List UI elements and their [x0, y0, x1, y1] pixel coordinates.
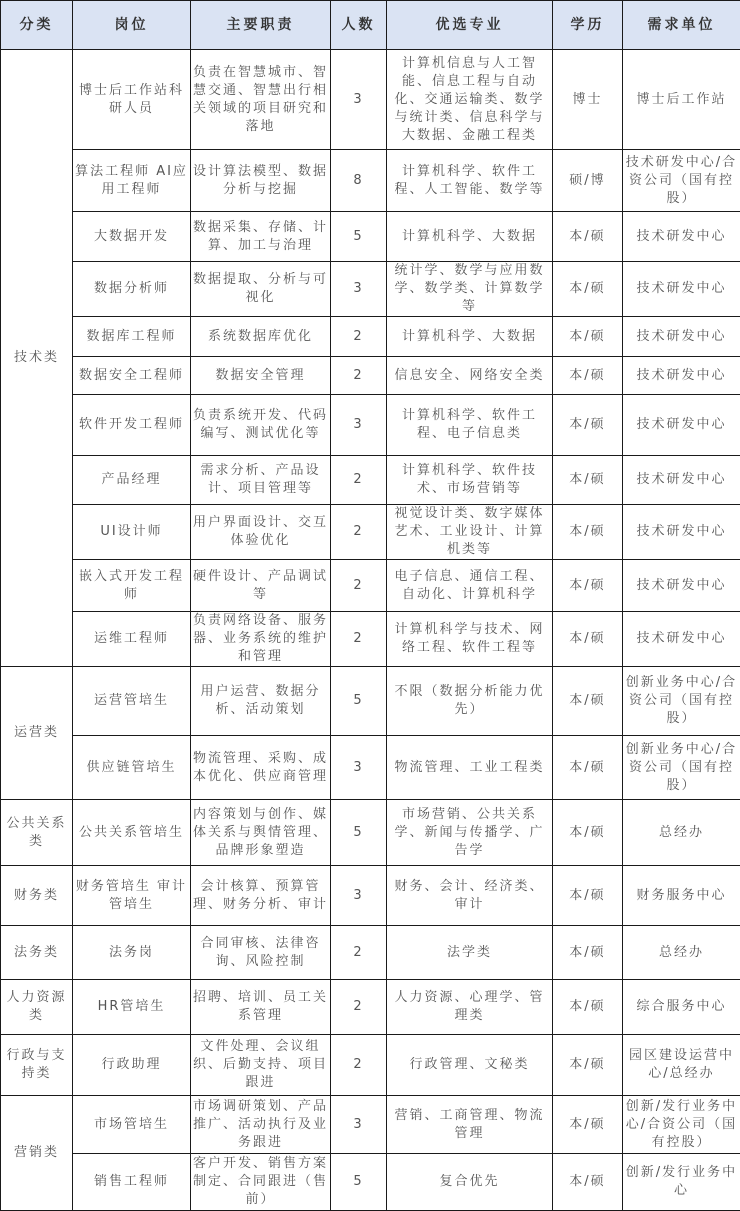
unit-cell: 技术研发中心 [623, 357, 740, 395]
table-row: 公共关系类 公共关系管培生 内容策划与创作、媒体关系与舆情管理、品牌形象塑造 5… [1, 800, 740, 866]
count-cell: 2 [331, 560, 387, 612]
position-cell: 行政助理 [73, 1035, 191, 1096]
majors-cell: 法学类 [387, 926, 553, 980]
count-cell: 5 [331, 800, 387, 866]
majors-cell: 人力资源、心理学、管理类 [387, 980, 553, 1035]
education-cell: 本/硕 [553, 505, 623, 560]
table-row: 数据库工程师 系统数据库优化 2 计算机科学、大数据 本/硕 技术研发中心 [1, 317, 740, 357]
duties-cell: 硬件设计、产品调试等 [191, 560, 331, 612]
majors-cell: 计算机科学、大数据 [387, 212, 553, 262]
unit-cell: 创新业务中心/合资公司（国有控股） [623, 736, 740, 800]
unit-cell: 创新业务中心/合资公司（国有控股） [623, 667, 740, 736]
count-cell: 2 [331, 357, 387, 395]
education-cell: 本/硕 [553, 800, 623, 866]
duties-cell: 文件处理、会议组织、后勤支持、项目跟进 [191, 1035, 331, 1096]
table-row: 法务类 法务岗 合同审核、法律咨询、风险控制 2 法学类 本/硕 总经办 [1, 926, 740, 980]
unit-cell: 园区建设运营中心/总经办 [623, 1035, 740, 1096]
unit-cell: 财务服务中心 [623, 866, 740, 926]
duties-cell: 用户界面设计、交互体验优化 [191, 505, 331, 560]
position-cell: 数据库工程师 [73, 317, 191, 357]
table-row: 营销类 市场管培生 市场调研策划、产品推广、活动执行及业务跟进 3 营销、工商管… [1, 1096, 740, 1154]
majors-cell: 计算机科学、大数据 [387, 317, 553, 357]
category-cell: 运营类 [1, 667, 73, 800]
education-cell: 本/硕 [553, 317, 623, 357]
education-cell: 本/硕 [553, 926, 623, 980]
education-cell: 本/硕 [553, 612, 623, 667]
unit-cell: 综合服务中心 [623, 980, 740, 1035]
count-cell: 2 [331, 980, 387, 1035]
count-cell: 5 [331, 667, 387, 736]
header-unit: 需求单位 [623, 1, 740, 50]
unit-cell: 博士后工作站 [623, 50, 740, 150]
table-row: 人力资源类 HR管培生 招聘、培训、员工关系管理 2 人力资源、心理学、管理类 … [1, 980, 740, 1035]
education-cell: 本/硕 [553, 1154, 623, 1211]
unit-cell: 总经办 [623, 800, 740, 866]
duties-cell: 合同审核、法律咨询、风险控制 [191, 926, 331, 980]
majors-cell: 信息安全、网络安全类 [387, 357, 553, 395]
position-cell: HR管培生 [73, 980, 191, 1035]
unit-cell: 技术研发中心 [623, 505, 740, 560]
count-cell: 3 [331, 395, 387, 456]
position-cell: 软件开发工程师 [73, 395, 191, 456]
duties-cell: 需求分析、产品设计、项目管理等 [191, 456, 331, 505]
count-cell: 2 [331, 317, 387, 357]
count-cell: 2 [331, 1035, 387, 1096]
majors-cell: 复合优先 [387, 1154, 553, 1211]
majors-cell: 计算机科学、软件技术、市场营销等 [387, 456, 553, 505]
duties-cell: 市场调研策划、产品推广、活动执行及业务跟进 [191, 1096, 331, 1154]
unit-cell: 技术研发中心 [623, 212, 740, 262]
count-cell: 3 [331, 50, 387, 150]
count-cell: 3 [331, 262, 387, 317]
table-row: 产品经理 需求分析、产品设计、项目管理等 2 计算机科学、软件技术、市场营销等 … [1, 456, 740, 505]
duties-cell: 招聘、培训、员工关系管理 [191, 980, 331, 1035]
table-row: 运维工程师 负责网络设备、服务器、业务系统的维护和管理 2 计算机科学与技术、网… [1, 612, 740, 667]
table-row: 技术类 博士后工作站科研人员 负责在智慧城市、智慧交通、智慧出行相关领域的项目研… [1, 50, 740, 150]
education-cell: 本/硕 [553, 212, 623, 262]
position-cell: 公共关系管培生 [73, 800, 191, 866]
count-cell: 2 [331, 612, 387, 667]
duties-cell: 系统数据库优化 [191, 317, 331, 357]
table-row: 运营类 运营管培生 用户运营、数据分析、活动策划 5 不限（数据分析能力优先） … [1, 667, 740, 736]
majors-cell: 物流管理、工业工程类 [387, 736, 553, 800]
duties-cell: 数据采集、存储、计算、加工与治理 [191, 212, 331, 262]
unit-cell: 技术研发中心 [623, 560, 740, 612]
majors-cell: 计算机科学与技术、网络工程、软件工程等 [387, 612, 553, 667]
position-cell: 产品经理 [73, 456, 191, 505]
header-position: 岗位 [73, 1, 191, 50]
header-majors: 优选专业 [387, 1, 553, 50]
duties-cell: 会计核算、预算管理、财务分析、审计 [191, 866, 331, 926]
count-cell: 5 [331, 212, 387, 262]
majors-cell: 电子信息、通信工程、自动化、计算机科学 [387, 560, 553, 612]
duties-cell: 负责系统开发、代码编写、测试优化等 [191, 395, 331, 456]
category-cell: 行政与支持类 [1, 1035, 73, 1096]
education-cell: 本/硕 [553, 395, 623, 456]
position-cell: 嵌入式开发工程师 [73, 560, 191, 612]
position-cell: 数据安全工程师 [73, 357, 191, 395]
majors-cell: 计算机科学、软件工程、人工智能、数学等 [387, 150, 553, 212]
majors-cell: 不限（数据分析能力优先） [387, 667, 553, 736]
education-cell: 本/硕 [553, 1035, 623, 1096]
position-cell: 运营管培生 [73, 667, 191, 736]
unit-cell: 技术研发中心 [623, 612, 740, 667]
count-cell: 3 [331, 1096, 387, 1154]
position-cell: 运维工程师 [73, 612, 191, 667]
education-cell: 本/硕 [553, 866, 623, 926]
table-row: 软件开发工程师 负责系统开发、代码编写、测试优化等 3 计算机科学、软件工程、电… [1, 395, 740, 456]
majors-cell: 统计学、数学与应用数学、数学类、计算数学等 [387, 262, 553, 317]
education-cell: 本/硕 [553, 1096, 623, 1154]
category-cell: 财务类 [1, 866, 73, 926]
unit-cell: 技术研发中心 [623, 395, 740, 456]
recruitment-table: 分类 岗位 主要职责 人数 优选专业 学历 需求单位 技术类 博士后工作站科研人… [0, 0, 740, 1211]
table-header-row: 分类 岗位 主要职责 人数 优选专业 学历 需求单位 [1, 1, 740, 50]
table-row: 数据安全工程师 数据安全管理 2 信息安全、网络安全类 本/硕 技术研发中心 [1, 357, 740, 395]
duties-cell: 用户运营、数据分析、活动策划 [191, 667, 331, 736]
header-education: 学历 [553, 1, 623, 50]
header-count: 人数 [331, 1, 387, 50]
majors-cell: 营销、工商管理、物流管理 [387, 1096, 553, 1154]
position-cell: 财务管培生 审计管培生 [73, 866, 191, 926]
header-duties: 主要职责 [191, 1, 331, 50]
header-category: 分类 [1, 1, 73, 50]
position-cell: 博士后工作站科研人员 [73, 50, 191, 150]
education-cell: 博士 [553, 50, 623, 150]
position-cell: 市场管培生 [73, 1096, 191, 1154]
table-row: 财务类 财务管培生 审计管培生 会计核算、预算管理、财务分析、审计 3 财务、会… [1, 866, 740, 926]
count-cell: 2 [331, 505, 387, 560]
duties-cell: 物流管理、采购、成本优化、供应商管理 [191, 736, 331, 800]
position-cell: UI设计师 [73, 505, 191, 560]
count-cell: 3 [331, 866, 387, 926]
education-cell: 本/硕 [553, 667, 623, 736]
unit-cell: 创新/发行业务中心/合资公司（国有控股） [623, 1096, 740, 1154]
table-row: 行政与支持类 行政助理 文件处理、会议组织、后勤支持、项目跟进 2 行政管理、文… [1, 1035, 740, 1096]
majors-cell: 计算机科学、软件工程、电子信息类 [387, 395, 553, 456]
position-cell: 大数据开发 [73, 212, 191, 262]
unit-cell: 技术研发中心/合资公司（国有控股） [623, 150, 740, 212]
duties-cell: 内容策划与创作、媒体关系与舆情管理、品牌形象塑造 [191, 800, 331, 866]
table-row: 算法工程师 AI应用工程师 设计算法模型、数据分析与挖掘 8 计算机科学、软件工… [1, 150, 740, 212]
category-cell: 人力资源类 [1, 980, 73, 1035]
category-cell: 公共关系类 [1, 800, 73, 866]
majors-cell: 计算机信息与人工智能、信息工程与自动化、交通运输类、数学与统计类、信息科学与大数… [387, 50, 553, 150]
table-row: 销售工程师 客户开发、销售方案制定、合同跟进（售前） 5 复合优先 本/硕 创新… [1, 1154, 740, 1211]
duties-cell: 数据安全管理 [191, 357, 331, 395]
position-cell: 销售工程师 [73, 1154, 191, 1211]
duties-cell: 客户开发、销售方案制定、合同跟进（售前） [191, 1154, 331, 1211]
education-cell: 硕/博 [553, 150, 623, 212]
unit-cell: 总经办 [623, 926, 740, 980]
position-cell: 供应链管培生 [73, 736, 191, 800]
duties-cell: 数据提取、分析与可视化 [191, 262, 331, 317]
table-row: 供应链管培生 物流管理、采购、成本优化、供应商管理 3 物流管理、工业工程类 本… [1, 736, 740, 800]
category-cell: 技术类 [1, 50, 73, 667]
count-cell: 5 [331, 1154, 387, 1211]
education-cell: 本/硕 [553, 262, 623, 317]
position-cell: 算法工程师 AI应用工程师 [73, 150, 191, 212]
count-cell: 2 [331, 926, 387, 980]
category-cell: 营销类 [1, 1096, 73, 1211]
duties-cell: 设计算法模型、数据分析与挖掘 [191, 150, 331, 212]
education-cell: 本/硕 [553, 456, 623, 505]
unit-cell: 创新/发行业务中心 [623, 1154, 740, 1211]
majors-cell: 财务、会计、经济类、审计 [387, 866, 553, 926]
majors-cell: 视觉设计类、数字媒体艺术、工业设计、计算机类等 [387, 505, 553, 560]
position-cell: 数据分析师 [73, 262, 191, 317]
majors-cell: 市场营销、公共关系学、新闻与传播学、广告学 [387, 800, 553, 866]
majors-cell: 行政管理、文秘类 [387, 1035, 553, 1096]
table-row: UI设计师 用户界面设计、交互体验优化 2 视觉设计类、数字媒体艺术、工业设计、… [1, 505, 740, 560]
unit-cell: 技术研发中心 [623, 262, 740, 317]
position-cell: 法务岗 [73, 926, 191, 980]
table-row: 嵌入式开发工程师 硬件设计、产品调试等 2 电子信息、通信工程、自动化、计算机科… [1, 560, 740, 612]
education-cell: 本/硕 [553, 980, 623, 1035]
table-row: 数据分析师 数据提取、分析与可视化 3 统计学、数学与应用数学、数学类、计算数学… [1, 262, 740, 317]
education-cell: 本/硕 [553, 357, 623, 395]
count-cell: 3 [331, 736, 387, 800]
category-cell: 法务类 [1, 926, 73, 980]
table-row: 大数据开发 数据采集、存储、计算、加工与治理 5 计算机科学、大数据 本/硕 技… [1, 212, 740, 262]
education-cell: 本/硕 [553, 736, 623, 800]
unit-cell: 技术研发中心 [623, 456, 740, 505]
count-cell: 8 [331, 150, 387, 212]
duties-cell: 负责在智慧城市、智慧交通、智慧出行相关领域的项目研究和落地 [191, 50, 331, 150]
unit-cell: 技术研发中心 [623, 317, 740, 357]
duties-cell: 负责网络设备、服务器、业务系统的维护和管理 [191, 612, 331, 667]
count-cell: 2 [331, 456, 387, 505]
education-cell: 本/硕 [553, 560, 623, 612]
